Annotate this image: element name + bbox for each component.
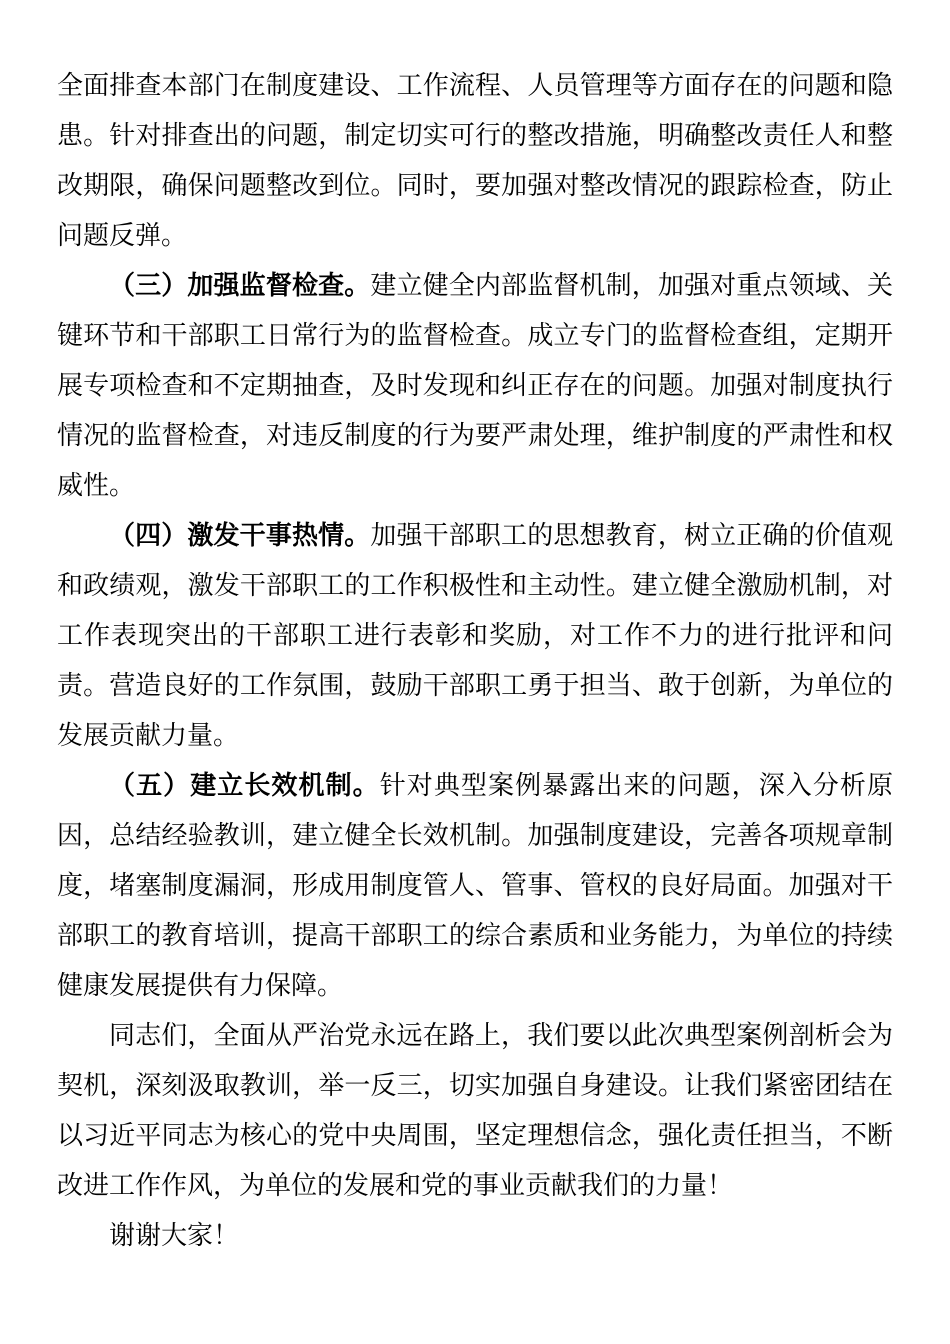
paragraph-text: 加强干部职工的思想教育，树立正确的价值观和政绩观，激发干部职工的工作积极性和主动…	[57, 520, 893, 750]
paragraph-heading: （五）建立长效机制。	[109, 770, 380, 800]
paragraph-section-4: （四）激发干事热情。加强干部职工的思想教育，树立正确的价值观和政绩观，激发干部职…	[57, 510, 893, 760]
paragraph-text: 谢谢大家！	[109, 1220, 239, 1250]
paragraph-section-5: （五）建立长效机制。针对典型案例暴露出来的问题，深入分析原因，总结经验教训，建立…	[57, 760, 893, 1010]
paragraph-closing: 同志们，全面从严治党永远在路上，我们要以此次典型案例剖析会为契机，深刻汲取教训，…	[57, 1010, 893, 1210]
paragraph-text: 建立健全内部监督机制，加强对重点领域、关键环节和干部职工日常行为的监督检查。成立…	[57, 270, 893, 500]
paragraph-rectification-continued: 全面排查本部门在制度建设、工作流程、人员管理等方面存在的问题和隐患。针对排查出的…	[57, 60, 893, 260]
paragraph-text: 全面排查本部门在制度建设、工作流程、人员管理等方面存在的问题和隐患。针对排查出的…	[57, 70, 893, 250]
paragraph-heading: （四）激发干事热情。	[109, 520, 370, 550]
paragraph-text: 同志们，全面从严治党永远在路上，我们要以此次典型案例剖析会为契机，深刻汲取教训，…	[57, 1020, 893, 1200]
paragraph-section-3: （三）加强监督检查。建立健全内部监督机制，加强对重点领域、关键环节和干部职工日常…	[57, 260, 893, 510]
paragraph-thanks: 谢谢大家！	[57, 1210, 893, 1260]
paragraph-heading: （三）加强监督检查。	[109, 270, 370, 300]
document-body: 全面排查本部门在制度建设、工作流程、人员管理等方面存在的问题和隐患。针对排查出的…	[57, 60, 893, 1260]
document-page: 全面排查本部门在制度建设、工作流程、人员管理等方面存在的问题和隐患。针对排查出的…	[0, 0, 950, 1344]
paragraph-text: 针对典型案例暴露出来的问题，深入分析原因，总结经验教训，建立健全长效机制。加强制…	[57, 770, 893, 1000]
